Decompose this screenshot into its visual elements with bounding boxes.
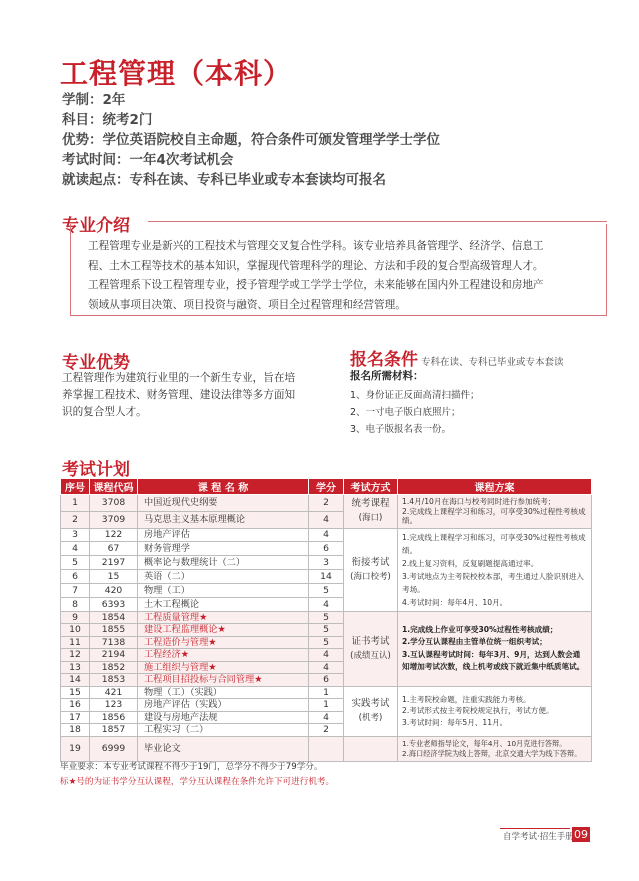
cell-code: 3708 <box>90 495 138 512</box>
cell-name: 中国近现代史纲要 <box>138 495 309 512</box>
graduation-note: 毕业要求：本专业考试课程不得少于19门，总学分不得少于79学分。 <box>60 760 323 772</box>
advantage-line: 识的复合型人才。 <box>62 404 322 421</box>
cell-name: 施工组织与管理★ <box>138 661 309 674</box>
meta-duration: 学制：2年 <box>62 90 125 110</box>
cell-no: 13 <box>61 661 90 674</box>
plan-line: 3.考试地点为主考院校校本部，考生通过人脸识别进入考场。 <box>402 570 587 596</box>
plan-line: 1.完成线上作业可享受30%过程性考核成绩； <box>402 624 587 637</box>
intro-text: 工程管理专业是新兴的工程技术与管理交叉复合性学科。该专业培养具备管理学、经济学、… <box>88 237 598 315</box>
intro-line: 工程管理专业是新兴的工程技术与管理交叉复合性学科。该专业培养具备管理学、经济学、… <box>88 237 598 257</box>
cell-credit: 5 <box>309 611 344 624</box>
cell-code: 1855 <box>90 624 138 637</box>
cell-code: 1853 <box>90 674 138 687</box>
table-row: 1 3708 中国近现代史纲要 2 统考课程 (海口) 1.4月/10月在海口与… <box>61 495 592 512</box>
cell-no: 11 <box>61 636 90 649</box>
intro-divider <box>148 221 607 222</box>
cell-name: 工程项目招投标与合同管理★ <box>138 674 309 687</box>
cell-credit: 2 <box>309 724 344 737</box>
cell-credit: 4 <box>309 649 344 662</box>
method-sub: (海口校考) <box>344 570 397 584</box>
cell-plan: 1.专业老师指导论文，每年4月、10月克进行答辩。 2.海口经济学院为线上答辩，… <box>398 736 592 761</box>
cell-credit: 4 <box>309 711 344 724</box>
cell-method: 证书考试 (成绩互认) <box>344 611 398 686</box>
col-header-method: 考试方式 <box>344 479 398 495</box>
exam-plan-heading: 考试计划 <box>62 455 130 480</box>
cell-method <box>344 736 398 761</box>
cell-code: 3709 <box>90 511 138 528</box>
cell-no: 14 <box>61 674 90 687</box>
plan-line: 1.完成线上课程学习和练习，可享受30%过程性考核成绩。 <box>402 531 587 557</box>
table-row: 19 6999 毕业论文 1.专业老师指导论文，每年4月、10月克进行答辩。 2… <box>61 736 592 761</box>
cell-no: 7 <box>61 583 90 597</box>
cell-no: 3 <box>61 528 90 542</box>
cell-code: 1854 <box>90 611 138 624</box>
page-title: 工程管理（本科） <box>60 52 292 92</box>
plan-line: 2.学分互认课程由主管单位统一组织考试； <box>402 636 587 649</box>
advantage-text: 工程管理作为建筑行业里的一个新生专业，旨在培 养掌握工程技术、财务管理、建设法律… <box>62 370 322 421</box>
advantage-line: 工程管理作为建筑行业里的一个新生专业，旨在培 <box>62 370 322 387</box>
footer-label: 自学考试·招生手册 <box>503 830 574 842</box>
cell-name: 马克思主义基本原理概论 <box>138 511 309 528</box>
cell-name: 工程经济★ <box>138 649 309 662</box>
star-note: 标★号的为证书学分互认课程，学分互认课程在条件允许下可进行机考。 <box>60 775 334 787</box>
cell-name: 工程实习（二） <box>138 724 309 737</box>
materials-list: 1、身份证正反面高清扫描件； 2、一寸电子版白底照片； 3、电子版报名表一份。 <box>350 387 480 438</box>
cell-name: 房地产评估 <box>138 528 309 542</box>
page-number: 09 <box>572 827 590 842</box>
col-header-no: 序号 <box>61 479 90 495</box>
cell-code: 1857 <box>90 724 138 737</box>
cell-name: 工程质量管理★ <box>138 611 309 624</box>
cell-no: 8 <box>61 597 90 611</box>
plan-line: 1.专业老师指导论文，每年4月、10月克进行答辩。 <box>402 739 587 749</box>
cell-code: 421 <box>90 686 138 699</box>
cell-plan: 1.完成线上课程学习和练习，可享受30%过程性考核成绩。 2.线上复习资料，反复… <box>398 528 592 611</box>
cell-plan: 1.4月/10月在海口与校考同时进行参加统考； 2.完成线上课程学习和练习，可享… <box>398 495 592 529</box>
registration-heading: 报名条件 <box>350 350 418 370</box>
cell-credit: 4 <box>309 528 344 542</box>
cell-method: 衔接考试 (海口校考) <box>344 528 398 611</box>
plan-line: 1.4月/10月在海口与校考同时进行参加统考； <box>402 497 587 507</box>
cell-code: 6393 <box>90 597 138 611</box>
cell-name: 物理（工）（实践） <box>138 686 309 699</box>
registration-condition: 专科在读、专科已毕业或专本套读 <box>421 357 564 368</box>
cell-credit: 5 <box>309 624 344 637</box>
cell-no: 15 <box>61 686 90 699</box>
cell-credit: 5 <box>309 583 344 597</box>
cell-credit: 14 <box>309 569 344 583</box>
method-label: 证书考试 <box>344 635 397 649</box>
cell-credit: 3 <box>309 556 344 570</box>
cell-credit: 6 <box>309 674 344 687</box>
plan-line: 2.考试形式按主考院校规定执行，考试方便。 <box>402 705 587 717</box>
cell-name: 财务管理学 <box>138 542 309 556</box>
cell-name: 毕业论文 <box>138 736 309 761</box>
exam-plan-table: 序号 课程代码 课 程 名 称 学分 考试方式 课程方案 1 3708 中国近现… <box>60 478 592 762</box>
intro-line: 工程管理系下设工程管理专业，授予管理学或工学学士学位，未来能够在国内外工程建设和… <box>88 276 598 296</box>
cell-code: 123 <box>90 699 138 712</box>
cell-code: 15 <box>90 569 138 583</box>
cell-code: 7138 <box>90 636 138 649</box>
materials-label: 报名所需材料： <box>350 368 424 383</box>
col-header-plan: 课程方案 <box>398 479 592 495</box>
plan-line: 1.主考院校命题，注重实践能力考核。 <box>402 694 587 706</box>
cell-no: 2 <box>61 511 90 528</box>
method-label: 衔接考试 <box>344 556 397 570</box>
cell-plan: 1.完成线上作业可享受30%过程性考核成绩； 2.学分互认课程由主管单位统一组织… <box>398 611 592 686</box>
footer-divider <box>500 828 570 829</box>
method-label: 实践考试 <box>344 697 397 711</box>
table-row: 15 421 物理（工）（实践） 1 实践考试 (机考) 1.主考院校命题，注重… <box>61 686 592 699</box>
cell-plan: 1.主考院校命题，注重实践能力考核。 2.考试形式按主考院校规定执行，考试方便。… <box>398 686 592 736</box>
cell-no: 4 <box>61 542 90 556</box>
material-item: 3、电子版报名表一份。 <box>350 421 480 438</box>
plan-line: 2.线上复习资料，反复刷题提高通过率。 <box>402 557 587 570</box>
intro-line: 领域从事项目决策、项目投资与融资、项目全过程管理和经营管理。 <box>88 296 598 316</box>
plan-line: 4.考试时间：每年4月、10月。 <box>402 596 587 609</box>
cell-name: 概率论与数理统计（二） <box>138 556 309 570</box>
cell-credit: 1 <box>309 699 344 712</box>
method-label: 统考课程 <box>344 497 397 511</box>
table-header-row: 序号 课程代码 课 程 名 称 学分 考试方式 课程方案 <box>61 479 592 495</box>
cell-no: 17 <box>61 711 90 724</box>
registration-header: 报名条件专科在读、专科已毕业或专本套读 <box>350 345 564 370</box>
cell-no: 6 <box>61 569 90 583</box>
cell-no: 16 <box>61 699 90 712</box>
table-row: 9 1854 工程质量管理★ 5 证书考试 (成绩互认) 1.完成线上作业可享受… <box>61 611 592 624</box>
plan-line: 3.考试时间：每年5月、11月。 <box>402 717 587 729</box>
cell-credit: 2 <box>309 495 344 512</box>
material-item: 2、一寸电子版白底照片； <box>350 404 480 421</box>
meta-entry: 就读起点：专科在读、专科已毕业或专本套读均可报名 <box>62 170 386 190</box>
method-sub: (机考) <box>344 711 397 725</box>
cell-method: 实践考试 (机考) <box>344 686 398 736</box>
table-row: 3 122 房地产评估 4 衔接考试 (海口校考) 1.完成线上课程学习和练习，… <box>61 528 592 542</box>
cell-no: 12 <box>61 649 90 662</box>
cell-credit: 4 <box>309 661 344 674</box>
plan-line: 2.海口经济学院为线上答辩，北京交通大学为线下答辩。 <box>402 749 587 759</box>
plan-line: 3.互认课程考试时间：每年3月、9月，达到人数会通知增加考试次数，线上机考或线下… <box>402 649 587 674</box>
meta-subjects: 科目：统考2门 <box>62 110 152 130</box>
meta-advantage: 优势：学位英语院校自主命题，符合条件可颁发管理学学士学位 <box>62 130 440 150</box>
cell-credit: 4 <box>309 511 344 528</box>
cell-no: 1 <box>61 495 90 512</box>
col-header-name: 课 程 名 称 <box>138 479 309 495</box>
cell-name: 工程造价与管理★ <box>138 636 309 649</box>
method-sub: (成绩互认) <box>344 649 397 663</box>
meta-exam-time: 考试时间：一年4次考试机会 <box>62 150 233 170</box>
cell-credit <box>309 736 344 761</box>
material-item: 1、身份证正反面高清扫描件； <box>350 387 480 404</box>
method-sub: (海口) <box>344 511 397 525</box>
advantage-line: 养掌握工程技术、财务管理、建设法律等多方面知 <box>62 387 322 404</box>
cell-code: 2197 <box>90 556 138 570</box>
col-header-code: 课程代码 <box>90 479 138 495</box>
cell-credit: 1 <box>309 686 344 699</box>
cell-code: 2194 <box>90 649 138 662</box>
cell-code: 122 <box>90 528 138 542</box>
cell-name: 英语（二） <box>138 569 309 583</box>
cell-no: 10 <box>61 624 90 637</box>
cell-name: 房地产评估（实践） <box>138 699 309 712</box>
cell-credit: 6 <box>309 542 344 556</box>
cell-code: 1852 <box>90 661 138 674</box>
cell-name: 土木工程概论 <box>138 597 309 611</box>
cell-code: 67 <box>90 542 138 556</box>
cell-no: 9 <box>61 611 90 624</box>
cell-no: 18 <box>61 724 90 737</box>
intro-line: 程、土木工程等技术的基本知识，掌握现代管理科学的理论、方法和手段的复合型高级管理… <box>88 257 598 277</box>
cell-code: 420 <box>90 583 138 597</box>
cell-credit: 5 <box>309 636 344 649</box>
plan-line: 2.完成线上课程学习和练习，可享受30%过程性考核成绩。 <box>402 507 587 526</box>
col-header-credit: 学分 <box>309 479 344 495</box>
cell-method: 统考课程 (海口) <box>344 495 398 529</box>
cell-name: 建设工程监理概论★ <box>138 624 309 637</box>
cell-name: 物理（工） <box>138 583 309 597</box>
cell-name: 建设与房地产法规 <box>138 711 309 724</box>
cell-no: 19 <box>61 736 90 761</box>
cell-credit: 4 <box>309 597 344 611</box>
cell-no: 5 <box>61 556 90 570</box>
cell-code: 6999 <box>90 736 138 761</box>
cell-code: 1856 <box>90 711 138 724</box>
